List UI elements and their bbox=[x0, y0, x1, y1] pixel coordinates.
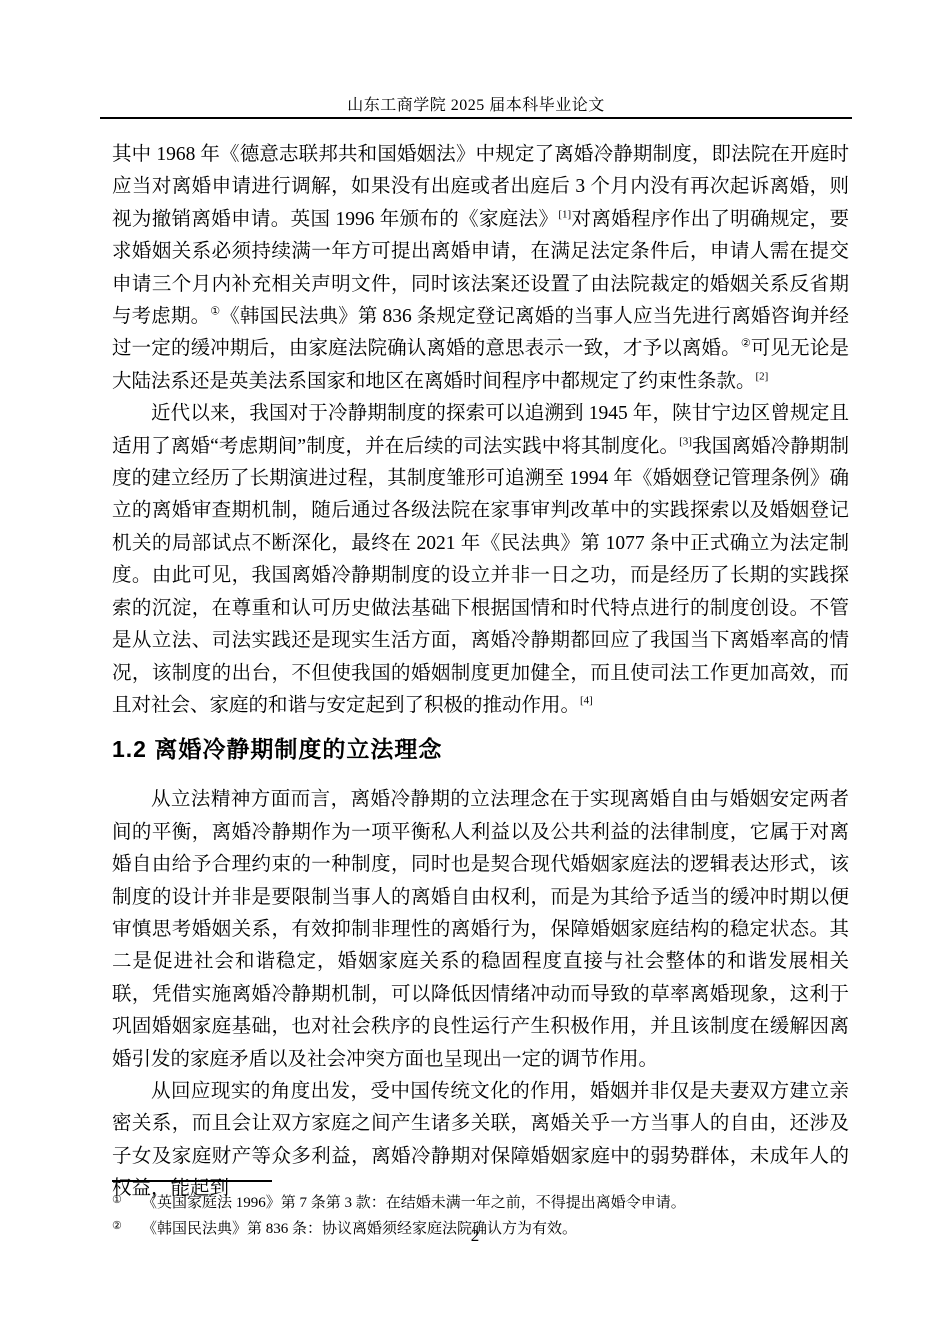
page-header: 山东工商学院 2025 届本科毕业论文 bbox=[100, 92, 852, 115]
footnote-reference: ② bbox=[741, 338, 751, 350]
section-heading: 1.2 离婚冷静期制度的立法理念 bbox=[112, 732, 849, 766]
footnote-reference: [1] bbox=[558, 208, 571, 220]
paragraph: 从立法精神方面而言，离婚冷静期的立法理念在于实现离婚自由与婚姻安定两者间的平衡，… bbox=[112, 784, 849, 1076]
paragraph: 近代以来，我国对于冷静期制度的探索可以追溯到 1945 年，陕甘宁边区曾规定且适… bbox=[112, 398, 849, 722]
footnote-text: 《英国家庭法 1996》第 7 条第 3 款：在结婚未满一年之前，不得提出离婚令… bbox=[142, 1195, 686, 1211]
footnote-reference: [3] bbox=[679, 435, 692, 447]
footnote-reference: ① bbox=[210, 306, 220, 318]
thesis-page: 山东工商学院 2025 届本科毕业论文 其中 1968 年《德意志联邦共和国婚姻… bbox=[0, 0, 950, 1344]
page-number: 2 bbox=[0, 1226, 950, 1246]
document-body: 其中 1968 年《德意志联邦共和国婚姻法》中规定了离婚冷静期制度，即法院在开庭… bbox=[112, 139, 849, 1206]
footnote-separator bbox=[112, 1180, 272, 1182]
header-title: 山东工商学院 2025 届本科毕业论文 bbox=[347, 97, 605, 114]
footnote-marker: ① bbox=[112, 1189, 142, 1212]
paragraph: 其中 1968 年《德意志联邦共和国婚姻法》中规定了离婚冷静期制度，即法院在开庭… bbox=[112, 139, 849, 398]
footnote-item: ①《英国家庭法 1996》第 7 条第 3 款：在结婚未满一年之前，不得提出离婚… bbox=[112, 1189, 850, 1215]
header-rule bbox=[100, 117, 852, 119]
footnote-reference: [2] bbox=[756, 370, 769, 382]
footnote-reference: [4] bbox=[580, 694, 593, 706]
